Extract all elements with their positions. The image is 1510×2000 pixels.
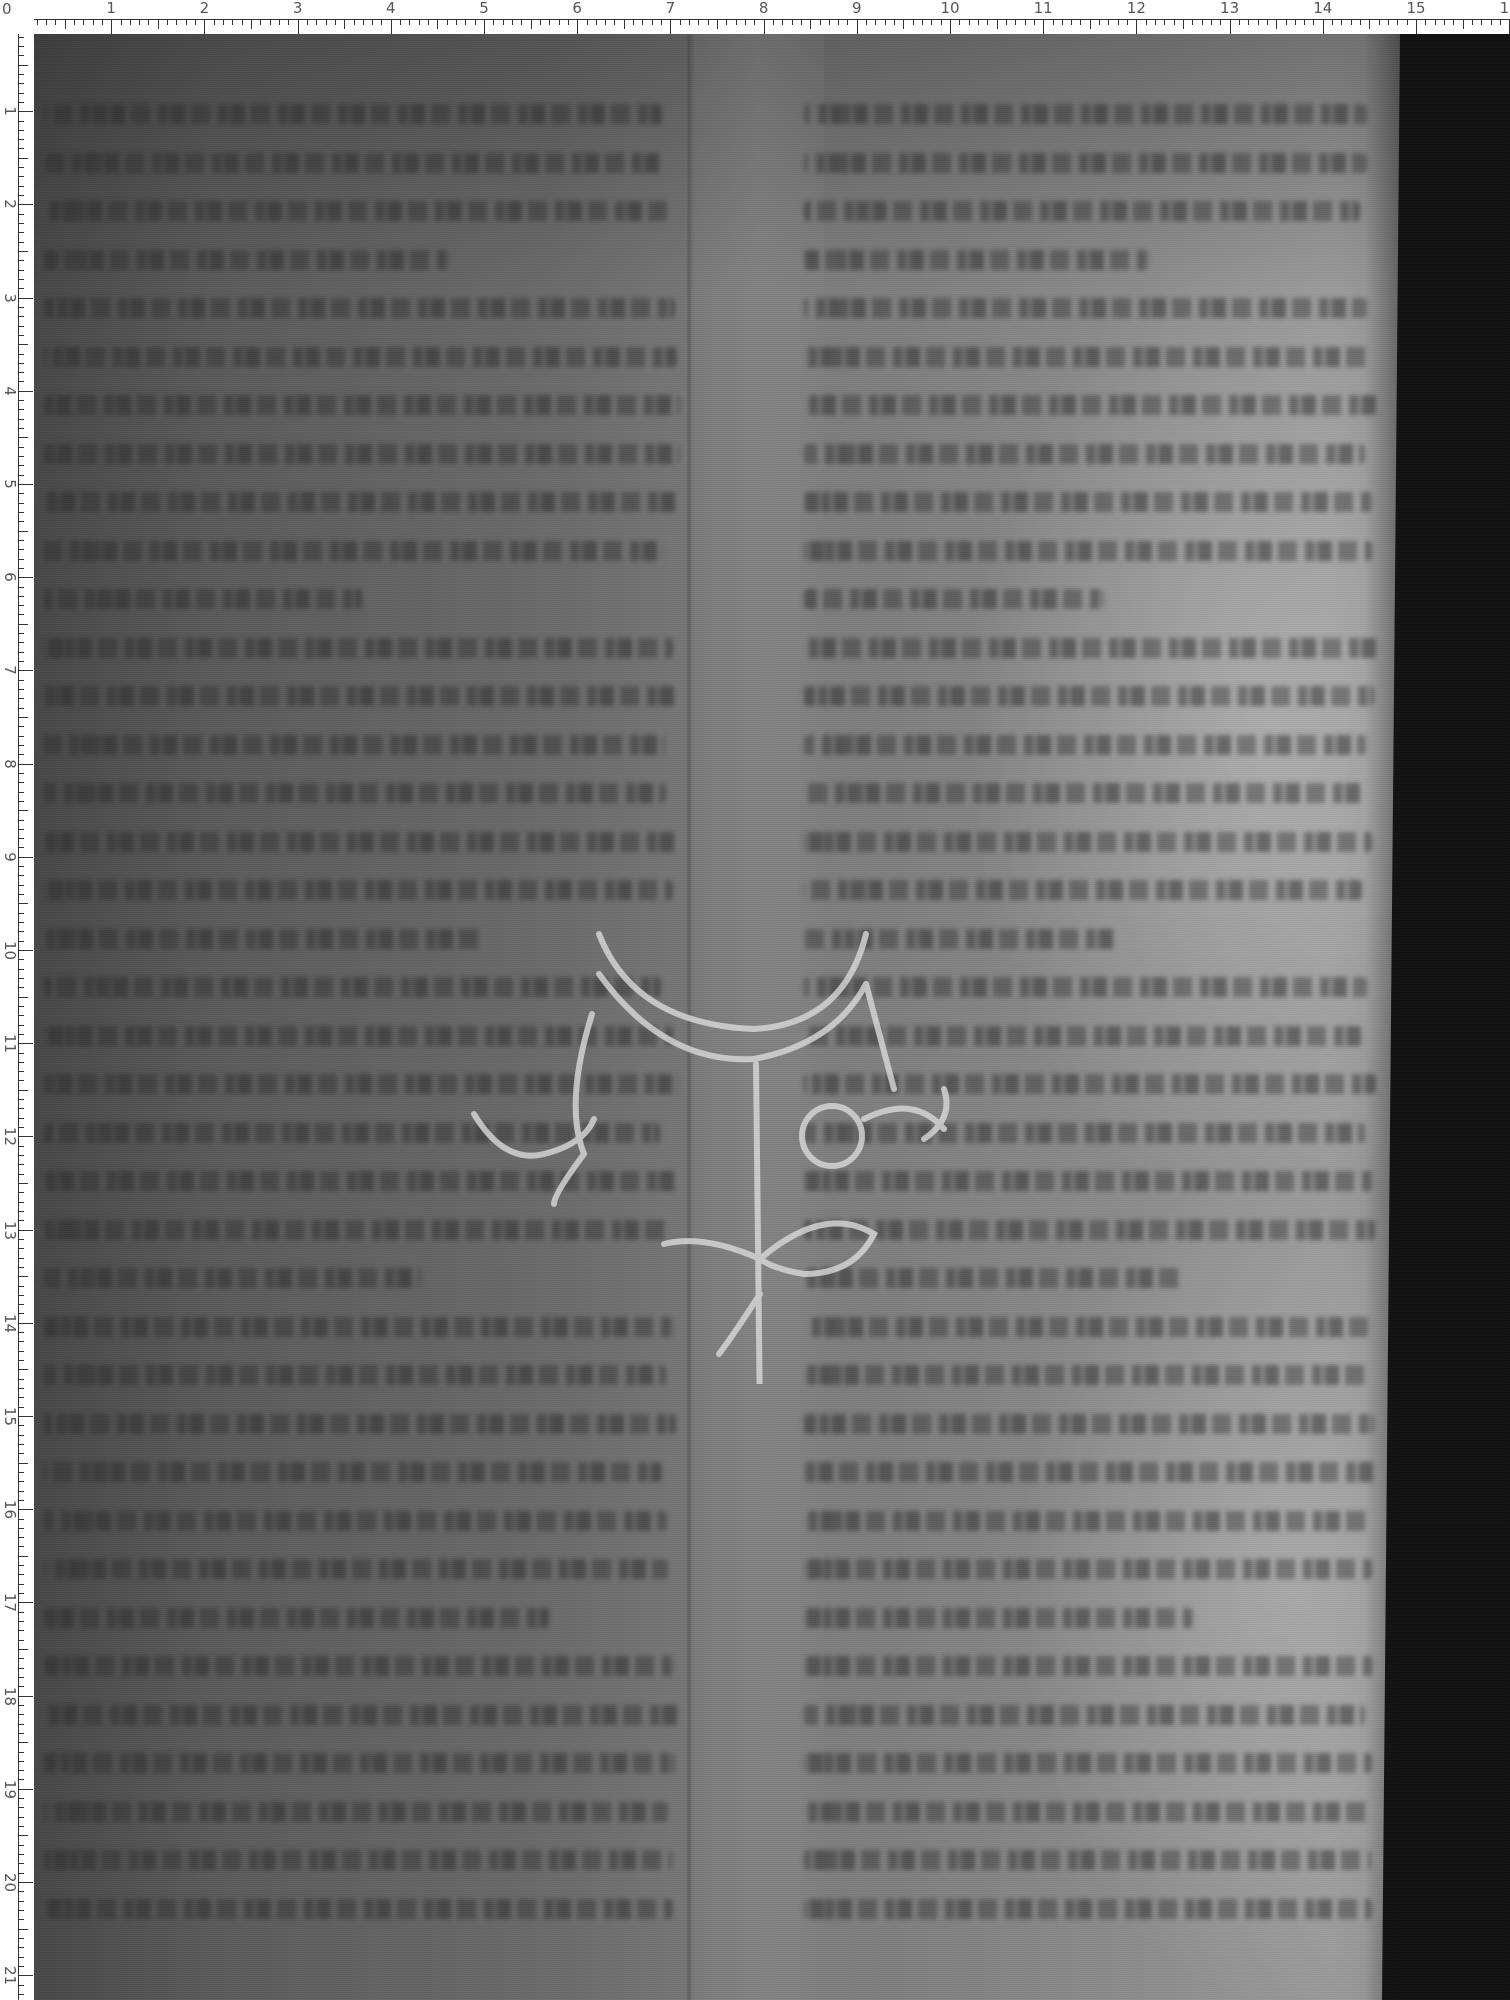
ruler-tick	[503, 19, 504, 25]
ruler-tick	[251, 19, 252, 29]
ruler-tick	[959, 19, 960, 25]
ruler-tick	[1416, 19, 1417, 34]
ruler-tick	[18, 130, 24, 131]
ruler-tick	[521, 19, 522, 25]
ruler-tick	[18, 587, 24, 588]
ruler-tick	[764, 19, 765, 34]
manuscript-scan	[34, 34, 1510, 2000]
ruler-tick	[46, 19, 47, 25]
ruler-tick	[1379, 19, 1380, 25]
ruler-tick	[18, 1947, 24, 1948]
ruler-tick	[1211, 19, 1212, 25]
ruler-tick	[335, 19, 336, 25]
ruler-label: 19	[2, 1780, 18, 1798]
ruler-tick	[298, 19, 299, 34]
ruler-tick	[1136, 19, 1137, 34]
ruler-tick	[1183, 19, 1184, 29]
text-line	[44, 347, 677, 367]
ruler-tick	[18, 1388, 24, 1389]
ruler-tick	[409, 19, 410, 25]
ruler-tick	[596, 19, 597, 25]
ruler-tick	[18, 1379, 24, 1380]
ruler-tick	[18, 1332, 24, 1333]
ruler-tick	[633, 19, 634, 25]
ruler-label: 2	[2, 195, 18, 213]
ruler-tick	[18, 670, 33, 671]
ruler-tick	[689, 19, 690, 25]
ruler-tick	[875, 19, 876, 25]
ruler-label: 10	[940, 0, 959, 16]
ruler-tick	[18, 102, 24, 103]
horizontal-ruler: 12345678910111213141516	[0, 0, 1510, 34]
ruler-tick	[1444, 19, 1445, 25]
ruler-tick	[18, 1910, 24, 1911]
ruler-tick	[18, 1612, 24, 1613]
ruler-tick	[18, 1519, 24, 1520]
ruler-tick	[18, 1025, 24, 1026]
ruler-tick	[18, 1164, 24, 1165]
ruler-tick	[838, 19, 839, 25]
ruler-tick	[773, 19, 774, 25]
ruler-tick	[195, 19, 196, 25]
ruler-tick	[1099, 19, 1100, 25]
ruler-tick	[18, 754, 24, 755]
ruler-tick	[18, 1491, 24, 1492]
ruler-tick	[279, 19, 280, 25]
ruler-tick	[354, 19, 355, 25]
ruler-tick	[18, 1705, 24, 1706]
ruler-tick	[18, 1602, 33, 1603]
text-line	[804, 1899, 1372, 1919]
ruler-tick	[18, 1351, 24, 1352]
ruler-tick	[642, 19, 643, 25]
ruler-tick	[18, 577, 33, 578]
ruler-tick	[18, 1304, 24, 1305]
ruler-tick	[18, 782, 24, 783]
ruler-tick	[1080, 19, 1081, 25]
ruler-tick	[18, 633, 24, 634]
ruler-tick	[18, 242, 24, 243]
ruler-tick	[18, 1090, 28, 1091]
ruler-tick	[18, 875, 24, 876]
ruler-tick	[624, 19, 625, 29]
ruler-tick	[18, 885, 24, 886]
ruler-tick	[18, 372, 24, 373]
text-line	[44, 735, 665, 755]
ruler-label: 10	[2, 941, 18, 959]
text-line	[44, 1511, 667, 1531]
ruler-tick	[18, 950, 33, 951]
ruler-tick	[18, 46, 24, 47]
ruler-label: 18	[2, 1687, 18, 1705]
ruler-tick	[363, 19, 364, 25]
ruler-tick	[18, 1919, 24, 1920]
ruler-tick	[18, 1975, 33, 1976]
ruler-tick	[18, 354, 24, 355]
ruler-tick	[1118, 19, 1119, 25]
ruler-label: 8	[759, 0, 769, 16]
ruler-tick	[18, 1546, 24, 1547]
text-line	[804, 1802, 1369, 1822]
ruler-tick	[18, 1891, 24, 1892]
ruler-tick	[1248, 19, 1249, 25]
ruler-tick	[18, 1220, 24, 1221]
ruler-tick	[857, 19, 858, 34]
ruler-label: 12	[2, 1127, 18, 1145]
ruler-tick	[121, 19, 122, 25]
ruler-tick	[18, 1798, 24, 1799]
ruler-tick	[18, 1854, 24, 1855]
ruler-tick	[18, 829, 24, 830]
ruler-tick	[18, 540, 24, 541]
ruler-tick	[1295, 19, 1296, 25]
text-line	[44, 1656, 674, 1676]
ruler-label: 13	[2, 1221, 18, 1239]
ruler-tick	[18, 437, 28, 438]
ruler-tick	[922, 19, 923, 25]
ruler-label: 7	[2, 661, 18, 679]
ruler-tick	[997, 19, 998, 29]
text-line	[44, 638, 673, 658]
ruler-tick	[1164, 19, 1165, 25]
ruler-tick	[18, 1789, 33, 1790]
ruler-tick	[18, 969, 24, 970]
ruler-tick	[18, 167, 24, 168]
ruler-tick	[1090, 19, 1091, 29]
text-line	[44, 492, 678, 512]
ruler-tick	[708, 19, 709, 25]
ruler-label: 12	[1127, 0, 1146, 16]
ruler-tick	[18, 1966, 24, 1967]
ruler-label: 11	[2, 1034, 18, 1052]
text-line	[44, 1462, 662, 1482]
ruler-tick	[1425, 19, 1426, 25]
ruler-tick	[18, 1369, 28, 1370]
ruler-tick	[18, 717, 28, 718]
text-line	[804, 541, 1372, 561]
ruler-tick	[18, 503, 24, 504]
ruler-tick	[661, 19, 662, 25]
ruler-tick	[18, 1668, 24, 1669]
ruler-tick	[18, 1807, 24, 1808]
ruler-tick	[18, 186, 24, 187]
ruler-tick	[381, 19, 382, 25]
ruler-tick	[577, 19, 578, 34]
ruler-tick	[18, 1658, 24, 1659]
ruler-tick	[419, 19, 420, 25]
ruler-tick	[903, 19, 904, 29]
text-line	[44, 395, 680, 415]
ruler-tick	[754, 19, 755, 25]
ruler-label: 1	[2, 102, 18, 120]
ruler-tick	[18, 1286, 24, 1287]
ruler-tick	[18, 1714, 24, 1715]
ruler-tick	[913, 19, 914, 25]
ruler-tick	[1407, 19, 1408, 25]
text-line	[44, 298, 675, 318]
ruler-tick	[1369, 19, 1370, 29]
ruler-tick	[428, 19, 429, 25]
text-line	[44, 929, 484, 949]
text-line	[804, 201, 1360, 221]
ruler-tick	[549, 19, 550, 25]
watermark	[434, 864, 954, 1384]
ruler-label: 5	[2, 475, 18, 493]
ruler-tick	[18, 344, 28, 345]
ruler-label: 15	[2, 1407, 18, 1425]
ruler-tick	[18, 903, 28, 904]
ruler-tick	[484, 19, 485, 34]
ruler-tick	[587, 19, 588, 25]
ruler-tick	[1267, 19, 1268, 25]
text-line	[44, 832, 679, 852]
ruler-tick	[18, 1845, 24, 1846]
ruler-tick	[204, 19, 205, 34]
ruler-tick	[18, 1136, 33, 1137]
ruler-tick	[18, 1696, 33, 1697]
ruler-tick	[65, 19, 66, 29]
ruler-tick	[18, 1574, 24, 1575]
ruler-tick	[18, 65, 28, 66]
ruler-tick	[18, 1407, 24, 1408]
ruler-tick	[18, 773, 24, 774]
ruler-tick	[18, 335, 24, 336]
ruler-tick	[18, 726, 24, 727]
ruler-tick	[18, 1276, 28, 1277]
text-line	[804, 1414, 1374, 1434]
ruler-tick	[18, 1742, 28, 1743]
ruler-tick	[214, 19, 215, 25]
ruler-tick	[1006, 19, 1007, 25]
ruler-label: 6	[2, 568, 18, 586]
ruler-tick	[18, 1453, 24, 1454]
ruler-tick	[18, 1677, 24, 1678]
text-line	[804, 1656, 1373, 1676]
ruler-tick	[1276, 19, 1277, 29]
ruler-tick	[18, 1537, 24, 1538]
text-line	[44, 589, 362, 609]
ruler-tick	[18, 1649, 28, 1650]
ruler-tick	[18, 736, 24, 737]
ruler-tick	[18, 1183, 28, 1184]
ruler-tick	[18, 391, 33, 392]
ruler-tick	[18, 810, 28, 811]
ruler-tick	[18, 1621, 24, 1622]
text-line	[804, 735, 1366, 755]
ruler-tick	[18, 456, 24, 457]
ruler-label: 6	[572, 0, 582, 16]
text-line	[44, 201, 669, 221]
text-line	[804, 1850, 1371, 1870]
ruler-tick	[18, 1416, 33, 1417]
ruler-tick	[978, 19, 979, 25]
ruler-tick	[18, 1835, 28, 1836]
ruler-tick	[1500, 19, 1501, 25]
text-line	[44, 783, 666, 803]
text-line	[44, 153, 664, 173]
ruler-tick	[941, 19, 942, 25]
ruler-tick	[18, 1938, 24, 1939]
ruler-tick	[400, 19, 401, 25]
ruler-tick	[18, 1425, 24, 1426]
ruler-tick	[1174, 19, 1175, 25]
text-line	[804, 104, 1367, 124]
ruler-tick	[18, 987, 24, 988]
ruler-tick	[74, 19, 75, 25]
text-line	[804, 298, 1367, 318]
ruler-tick	[931, 19, 932, 25]
ruler-tick	[18, 1817, 24, 1818]
ruler-tick	[18, 307, 24, 308]
ruler-tick	[18, 176, 24, 177]
ruler-tick	[18, 838, 24, 839]
ruler-tick	[18, 1472, 24, 1473]
ruler-tick	[18, 475, 24, 476]
ruler-tick	[810, 19, 811, 29]
ruler-tick	[18, 1146, 24, 1147]
ruler-tick	[326, 19, 327, 25]
text-line	[804, 589, 1104, 609]
ruler-tick	[18, 363, 24, 364]
ruler-tick	[130, 19, 131, 25]
ruler-tick	[1304, 19, 1305, 25]
ruler-tick	[18, 1341, 24, 1342]
ruler-tick	[1472, 19, 1473, 25]
text-line	[44, 1753, 675, 1773]
ruler-tick	[18, 326, 24, 327]
ruler-tick	[18, 381, 24, 382]
ruler-tick	[18, 1826, 24, 1827]
ruler-tick	[18, 931, 24, 932]
ruler-tick	[1015, 19, 1016, 25]
text-line	[804, 395, 1377, 415]
ruler-tick	[680, 19, 681, 25]
ruler-tick	[18, 428, 24, 429]
ruler-tick	[866, 19, 867, 25]
ruler-tick	[18, 959, 24, 960]
ruler-tick	[18, 820, 24, 821]
ruler-tick	[987, 19, 988, 25]
ruler-tick	[18, 158, 28, 159]
ruler-label: 21	[2, 1966, 18, 1984]
ruler-tick	[18, 1985, 24, 1986]
ruler-tick	[18, 559, 24, 560]
ruler-tick	[18, 1640, 24, 1641]
ruler-tick	[1239, 19, 1240, 25]
ruler-tick	[18, 121, 24, 122]
ruler-tick	[18, 922, 24, 923]
ruler-tick	[18, 1770, 24, 1771]
ruler-tick	[260, 19, 261, 25]
ruler-label: 17	[2, 1593, 18, 1611]
ruler-tick	[820, 19, 821, 25]
ruler-tick	[18, 1957, 24, 1958]
ruler-label: 8	[2, 755, 18, 773]
ruler-tick	[18, 913, 24, 914]
ruler-tick	[18, 1863, 24, 1864]
ruler-tick	[1313, 19, 1314, 25]
text-line	[44, 1705, 678, 1725]
ruler-tick	[1286, 19, 1287, 25]
ruler-tick	[316, 19, 317, 25]
ruler-tick	[18, 465, 24, 466]
ruler-tick	[801, 19, 802, 25]
ruler-tick	[18, 251, 28, 252]
text-line	[44, 686, 679, 706]
ruler-tick	[18, 1239, 24, 1240]
ruler-tick	[18, 111, 33, 112]
ruler-tick	[18, 1099, 24, 1100]
ruler-tick	[18, 1192, 24, 1193]
ruler-tick	[242, 19, 243, 25]
ruler-label: 14	[2, 1314, 18, 1332]
ruler-tick	[437, 19, 438, 29]
ruler-tick	[745, 19, 746, 25]
ruler-tick	[18, 596, 24, 597]
ruler-tick	[18, 652, 24, 653]
ruler-tick	[18, 1202, 24, 1203]
ruler-tick	[83, 19, 84, 25]
ruler-tick	[18, 1230, 33, 1231]
ruler-tick	[559, 19, 560, 25]
text-line	[44, 541, 664, 561]
ruler-tick	[18, 37, 24, 38]
ruler-tick	[969, 19, 970, 25]
text-line	[804, 1559, 1372, 1579]
ruler-tick	[1053, 19, 1054, 25]
ruler-label: 7	[666, 0, 676, 16]
ruler-tick	[18, 866, 24, 867]
ruler-tick	[232, 19, 233, 25]
ruler-tick	[885, 19, 886, 25]
ruler-tick	[18, 1127, 24, 1128]
ruler-tick	[1034, 19, 1035, 25]
ruler-tick	[307, 19, 308, 25]
ruler-tick	[1230, 19, 1231, 34]
ruler-tick	[176, 19, 177, 25]
ruler-tick	[111, 19, 112, 34]
text-line	[44, 1414, 676, 1434]
ruler-tick	[18, 1481, 24, 1482]
ruler-tick	[18, 1779, 24, 1780]
ruler-tick	[18, 521, 24, 522]
ruler-tick	[614, 19, 615, 25]
ruler-tick	[18, 1444, 24, 1445]
ruler-tick	[1202, 19, 1203, 25]
ruler-origin-label: 0	[2, 0, 12, 18]
ruler-tick	[605, 19, 606, 25]
ruler-tick	[102, 19, 103, 25]
text-line	[44, 104, 662, 124]
ruler-tick	[18, 409, 24, 410]
ruler-tick	[847, 19, 848, 25]
ruler-tick	[37, 19, 38, 25]
ruler-label: 5	[479, 0, 489, 16]
ruler-tick	[18, 1463, 28, 1464]
ruler-tick	[18, 1630, 24, 1631]
ruler-tick	[18, 1882, 33, 1883]
ruler-tick	[1108, 19, 1109, 25]
ruler-tick	[1481, 19, 1482, 25]
ruler-tick	[18, 792, 24, 793]
ruler-tick	[18, 1323, 33, 1324]
text-line	[804, 783, 1362, 803]
text-line	[44, 1608, 549, 1628]
ruler-tick	[18, 698, 24, 699]
text-line	[804, 1753, 1372, 1773]
ruler-tick	[18, 1584, 24, 1585]
ruler-tick	[1323, 19, 1324, 34]
